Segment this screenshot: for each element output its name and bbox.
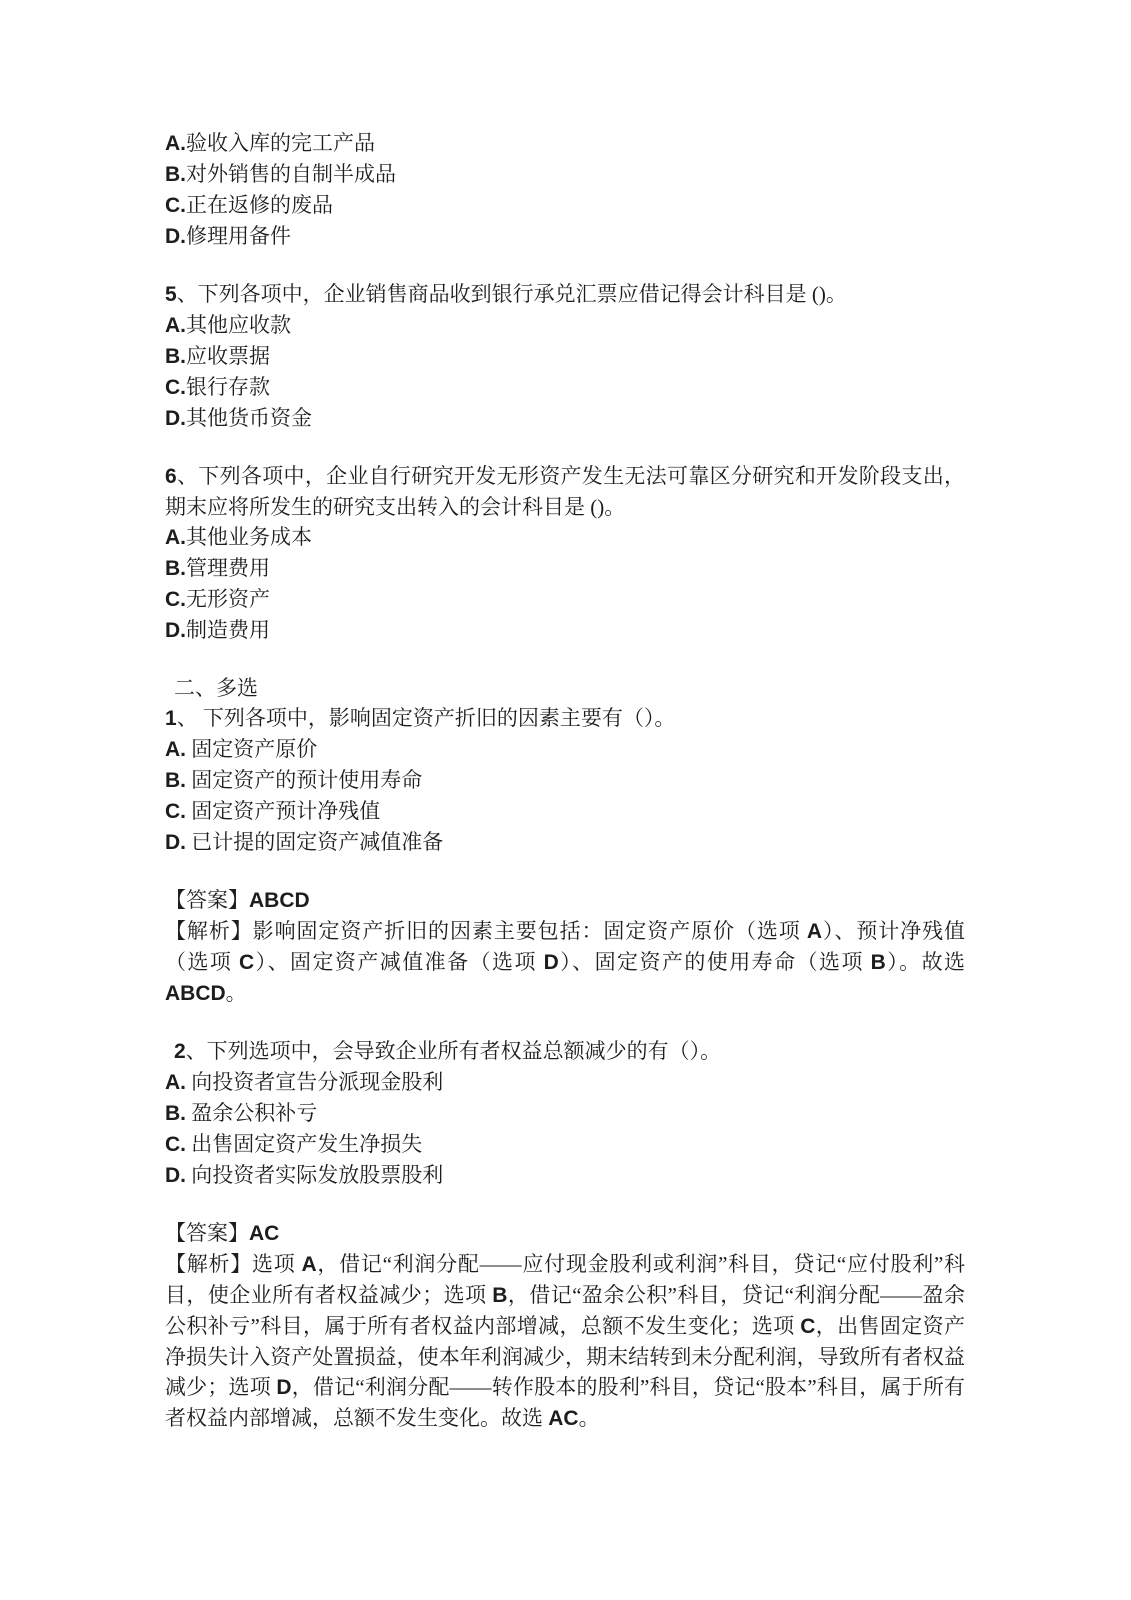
- q5-stem: 5、下列各项中，企业销售商品收到银行承兑汇票应借记得会计科目是 ()。: [165, 279, 965, 310]
- question6-block: 6、下列各项中，企业自行研究开发无形资产发生无法可靠区分研究和开发阶段支出，期末…: [165, 461, 965, 646]
- q6-option-a: A.其他业务成本: [165, 522, 965, 553]
- multi-q1-option-d: D. 已计提的固定资产减值准备: [165, 827, 965, 858]
- q6-option-b: B.管理费用: [165, 553, 965, 584]
- multi-q1-stem: 1、 下列各项中，影响固定资产折旧的因素主要有（）。: [165, 703, 965, 734]
- q6-option-d: D.制造费用: [165, 615, 965, 646]
- multi-q1-analysis: 【解析】影响固定资产折旧的因素主要包括：固定资产原价（选项 A）、预计净残值（选…: [165, 916, 965, 1009]
- q4-option-d: D.修理用备件: [165, 221, 965, 252]
- multi-q1-option-a: A. 固定资产原价: [165, 734, 965, 765]
- multi-q2-stem: 2、下列选项中，会导致企业所有者权益总额减少的有（）。: [165, 1036, 965, 1067]
- q5-option-d: D.其他货币资金: [165, 403, 965, 434]
- multi-q2-option-c: C. 出售固定资产发生净损失: [165, 1129, 965, 1160]
- multi-q2-option-b: B. 盈余公积补亏: [165, 1098, 965, 1129]
- multi-q2-option-d: D. 向投资者实际发放股票股利: [165, 1160, 965, 1191]
- multi-q2-answer-block: 【答案】AC 【解析】选项 A，借记“利润分配——应付现金股利或利润”科目，贷记…: [165, 1218, 965, 1434]
- q6-option-c: C.无形资产: [165, 584, 965, 615]
- multi-q1-option-b: B. 固定资产的预计使用寿命: [165, 765, 965, 796]
- multi-question2-block: 2、下列选项中，会导致企业所有者权益总额减少的有（）。 A. 向投资者宣告分派现…: [165, 1036, 965, 1191]
- q5-option-a: A.其他应收款: [165, 310, 965, 341]
- multi-section-question1-block: 二、多选 1、 下列各项中，影响固定资产折旧的因素主要有（）。 A. 固定资产原…: [165, 673, 965, 858]
- question4-options-block: A.验收入库的完工产品 B.对外销售的自制半成品 C.正在返修的废品 D.修理用…: [165, 128, 965, 252]
- multi-q1-option-c: C. 固定资产预计净残值: [165, 796, 965, 827]
- section2-heading: 二、多选: [165, 673, 965, 703]
- multi-q1-answer: 【答案】ABCD: [165, 885, 965, 916]
- multi-q2-answer: 【答案】AC: [165, 1218, 965, 1249]
- q4-option-c: C.正在返修的废品: [165, 190, 965, 221]
- multi-q2-option-a: A. 向投资者宣告分派现金股利: [165, 1067, 965, 1098]
- multi-q1-answer-block: 【答案】ABCD 【解析】影响固定资产折旧的因素主要包括：固定资产原价（选项 A…: [165, 885, 965, 1009]
- multi-q2-analysis: 【解析】选项 A，借记“利润分配——应付现金股利或利润”科目，贷记“应付股利”科…: [165, 1249, 965, 1434]
- question5-block: 5、下列各项中，企业销售商品收到银行承兑汇票应借记得会计科目是 ()。 A.其他…: [165, 279, 965, 434]
- q4-option-a: A.验收入库的完工产品: [165, 128, 965, 159]
- document-page: A.验收入库的完工产品 B.对外销售的自制半成品 C.正在返修的废品 D.修理用…: [0, 0, 1131, 1600]
- q5-option-b: B.应收票据: [165, 341, 965, 372]
- q4-option-b: B.对外销售的自制半成品: [165, 159, 965, 190]
- q6-stem: 6、下列各项中，企业自行研究开发无形资产发生无法可靠区分研究和开发阶段支出，期末…: [165, 461, 965, 522]
- q5-option-c: C.银行存款: [165, 372, 965, 403]
